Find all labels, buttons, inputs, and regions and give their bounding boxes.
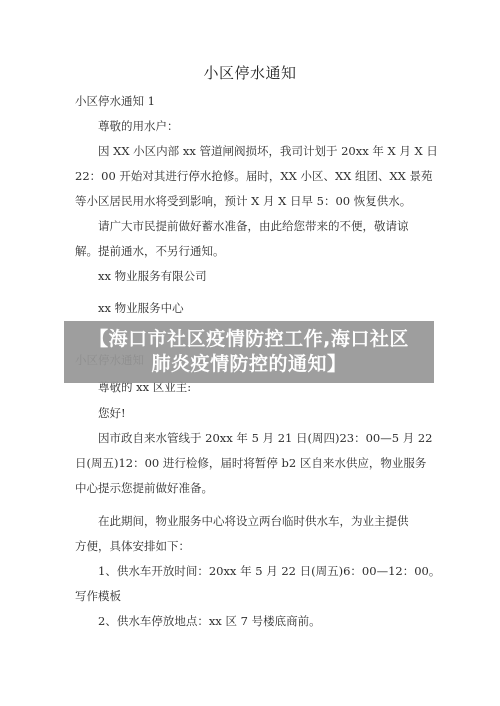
overlay-title-line2: 肺炎疫情防控的通知】: [151, 352, 346, 377]
section2-para2-line2: 方便，具体安排如下：: [75, 538, 190, 554]
section2-greeting: 您好!: [98, 405, 126, 421]
document-page: 小区停水通知 小区停水通知 1 尊敬的用水户： 因 XX 小区内部 xx 管道闸…: [0, 0, 500, 706]
list-item-2: 2、供水车停放地点：xx 区 7 号楼底商前。: [98, 613, 321, 629]
section1-salutation: 尊敬的用水户：: [98, 118, 179, 134]
section2-para2-line1: 在此期间，物业服务中心将设立两台临时供水车，为业主提供: [98, 513, 409, 529]
title-overlay-banner: 【海口市社区疫情防控工作,海口社区 肺炎疫情防控的通知】: [64, 321, 434, 383]
section1-para1-line1: 因 XX 小区内部 xx 管道闸阀损坏，我司计划于 20xx 年 X 月 X 日: [98, 143, 438, 159]
section1-para2-line2: 解。提前通水，不另行通知。: [75, 243, 225, 259]
signature-center: xx 物业服务中心: [98, 300, 184, 316]
section1-para1-line3: 等小区居民用水将受到影响，预计 X 月 X 日早 5：00 恢复供水。: [75, 193, 411, 209]
section1-para1-line2: 22：00 开始对其进行停水抢修。届时，XX 小区、XX 组团、XX 景苑: [75, 168, 433, 184]
section2-para1-line2: 日(周五)12：00 进行检修，届时将暂停 b2 区自来水供应，物业服务: [75, 455, 426, 471]
section1-para2-line1: 请广大市民提前做好蓄水准备，由此给您带来的不便，敬请谅: [98, 218, 409, 234]
signature-company: xx 物业服务有限公司: [98, 268, 207, 284]
section2-para1-line3: 中心提示您提前做好准备。: [75, 480, 213, 496]
list-item-1: 1、供水车开放时间：20xx 年 5 月 22 日(周五)6：00—12：00。: [98, 563, 440, 579]
document-title: 小区停水通知: [0, 63, 500, 83]
list-item-1-note: 写作模板: [75, 588, 121, 604]
overlay-title-line1: 【海口市社区疫情防控工作,海口社区: [89, 327, 409, 352]
section2-para1-line1: 因市政自来水管线于 20xx 年 5 月 21 日(周四)23：00—5 月 2…: [98, 430, 433, 446]
section1-heading: 小区停水通知 1: [75, 93, 155, 109]
